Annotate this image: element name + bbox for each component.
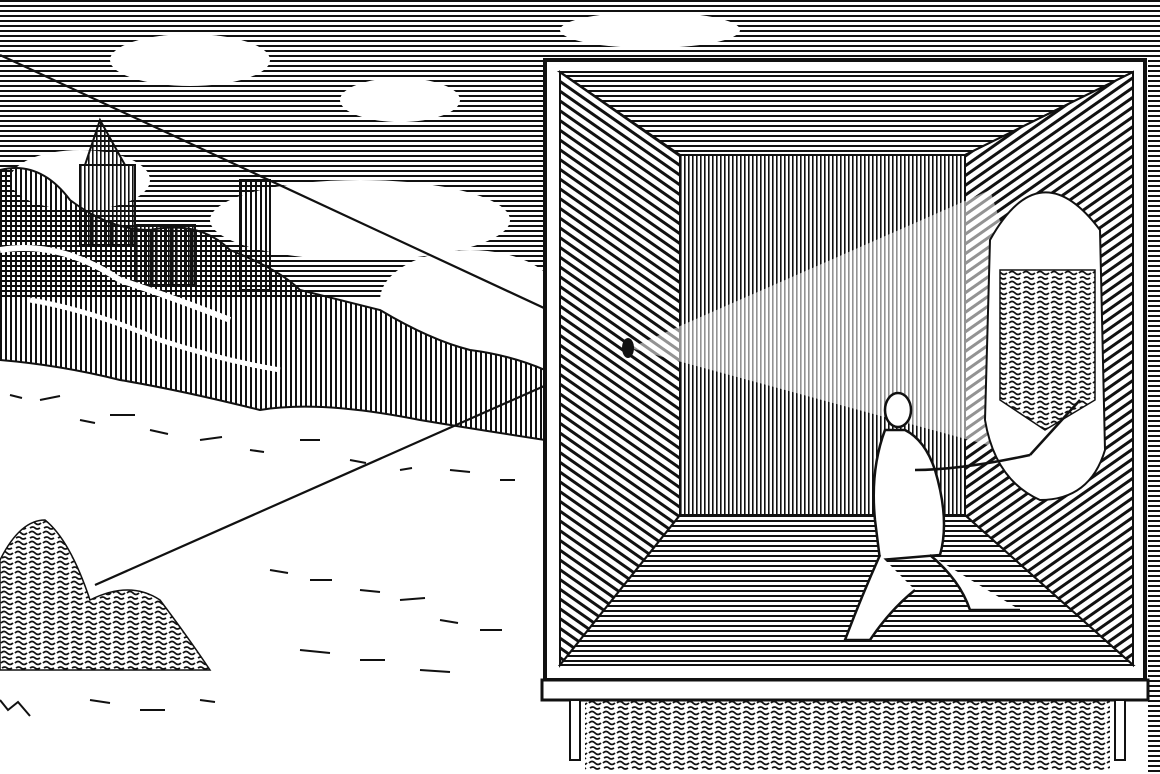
platform: [542, 680, 1148, 770]
pinhole: [622, 338, 634, 358]
camera-obscura-room: [545, 60, 1145, 680]
camera-obscura-engraving: [0, 0, 1160, 774]
bushes: [0, 520, 210, 716]
